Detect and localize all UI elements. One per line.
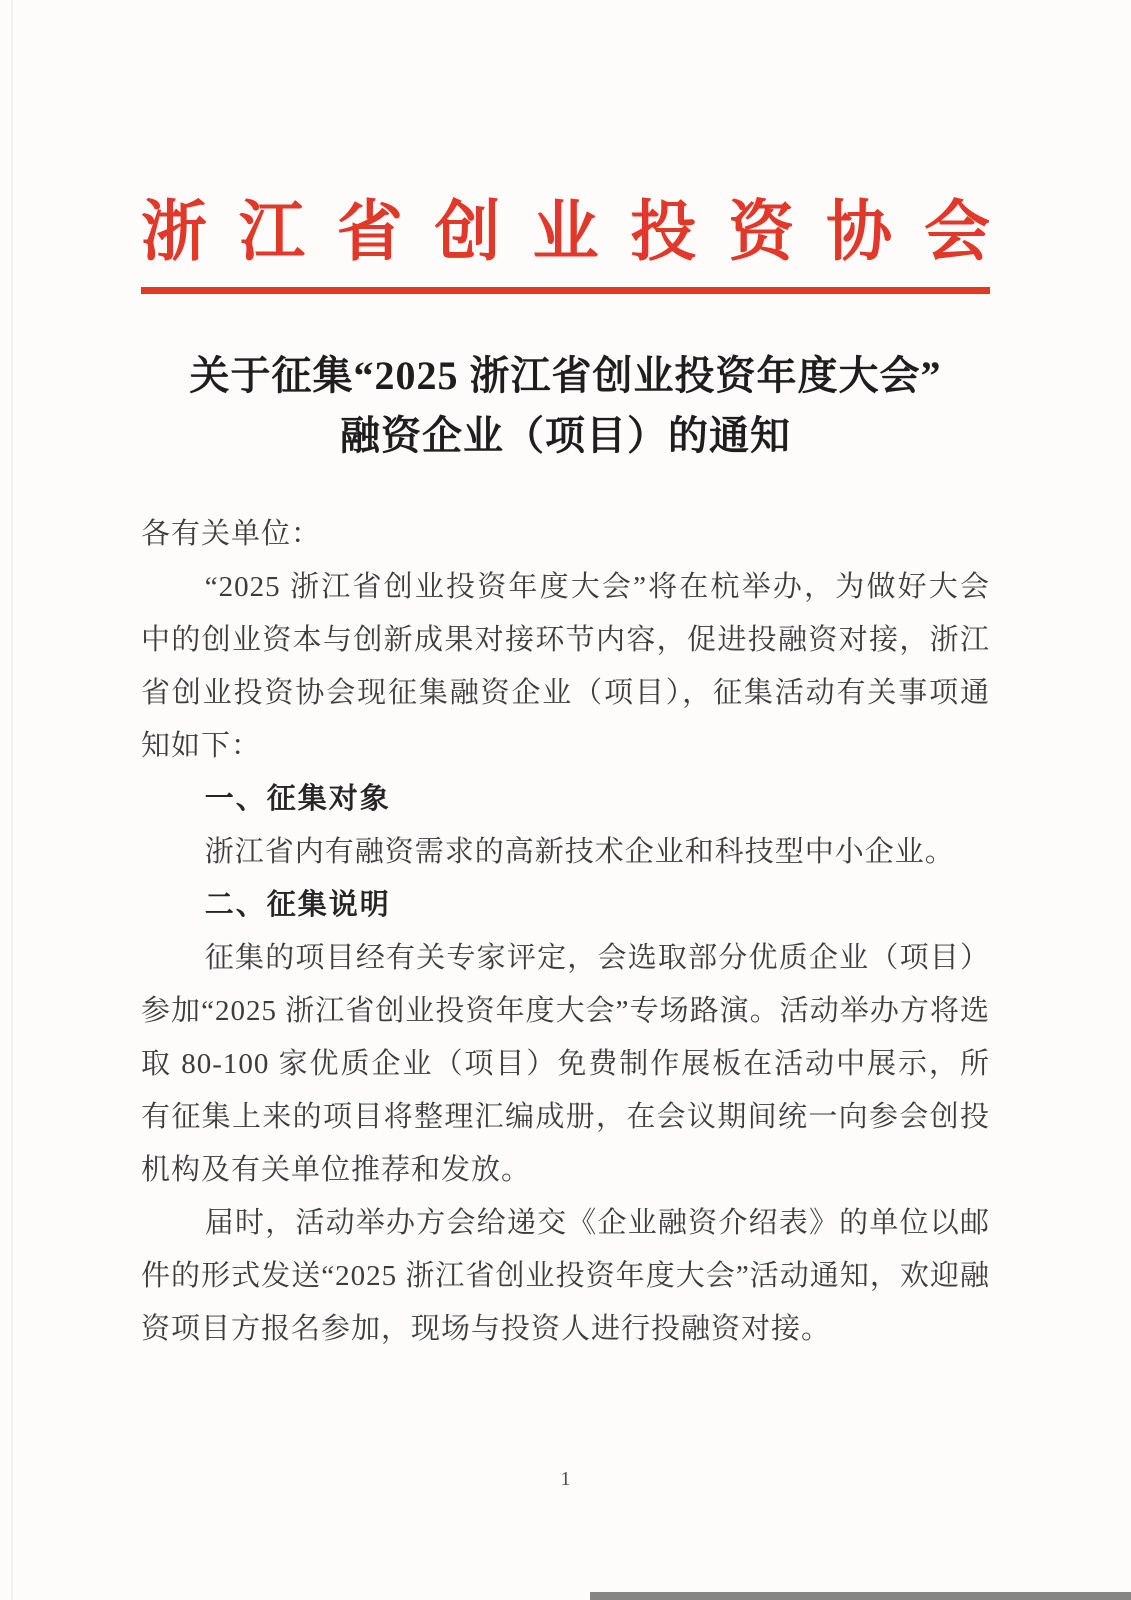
body-paragraph: 征集的项目经有关专家评定，会选取部分优质企业（项目）参加“2025 浙江省创业投… <box>141 932 990 1197</box>
org-name-char: 业 <box>533 200 599 266</box>
org-name-char: 创 <box>435 200 501 266</box>
section-heading: 一、征集对象 <box>141 773 990 826</box>
body-paragraph: 浙江省内有融资需求的高新技术企业和科技型中小企业。 <box>141 826 990 879</box>
document-page: 浙江省创业投资协会 关于征集“2025 浙江省创业投资年度大会” 融资企业（项目… <box>0 0 1131 1600</box>
org-name-char: 协 <box>826 200 892 266</box>
org-name-char: 会 <box>924 200 990 266</box>
notice-title: 关于征集“2025 浙江省创业投资年度大会” 融资企业（项目）的通知 <box>141 346 990 466</box>
org-name-char: 资 <box>728 200 794 266</box>
salutation: 各有关单位： <box>141 508 990 561</box>
org-name-char: 投 <box>630 200 696 266</box>
page-content: 浙江省创业投资协会 关于征集“2025 浙江省创业投资年度大会” 融资企业（项目… <box>141 0 990 1356</box>
page-footer: 1 <box>0 1468 1131 1491</box>
scan-edge-line <box>11 0 13 1600</box>
org-name-char: 江 <box>239 200 305 266</box>
org-name-char: 浙 <box>141 200 207 266</box>
notice-body: 各有关单位：“2025 浙江省创业投资年度大会”将在杭举办，为做好大会中的创业资… <box>141 508 990 1356</box>
scan-bottom-bar <box>590 1592 1131 1600</box>
org-name: 浙江省创业投资协会 <box>141 0 990 266</box>
org-name-char: 省 <box>337 200 403 266</box>
notice-title-line1: 关于征集“2025 浙江省创业投资年度大会” <box>141 346 990 406</box>
section-heading: 二、征集说明 <box>141 879 990 932</box>
letterhead: 浙江省创业投资协会 <box>141 0 990 294</box>
body-paragraph: “2025 浙江省创业投资年度大会”将在杭举办，为做好大会中的创业资本与创新成果… <box>141 561 990 773</box>
letterhead-rule <box>141 287 990 294</box>
body-paragraph: 届时，活动举办方会给递交《企业融资介绍表》的单位以邮件的形式发送“2025 浙江… <box>141 1197 990 1356</box>
notice-title-line2: 融资企业（项目）的通知 <box>141 406 990 466</box>
page-number: 1 <box>561 1468 571 1490</box>
